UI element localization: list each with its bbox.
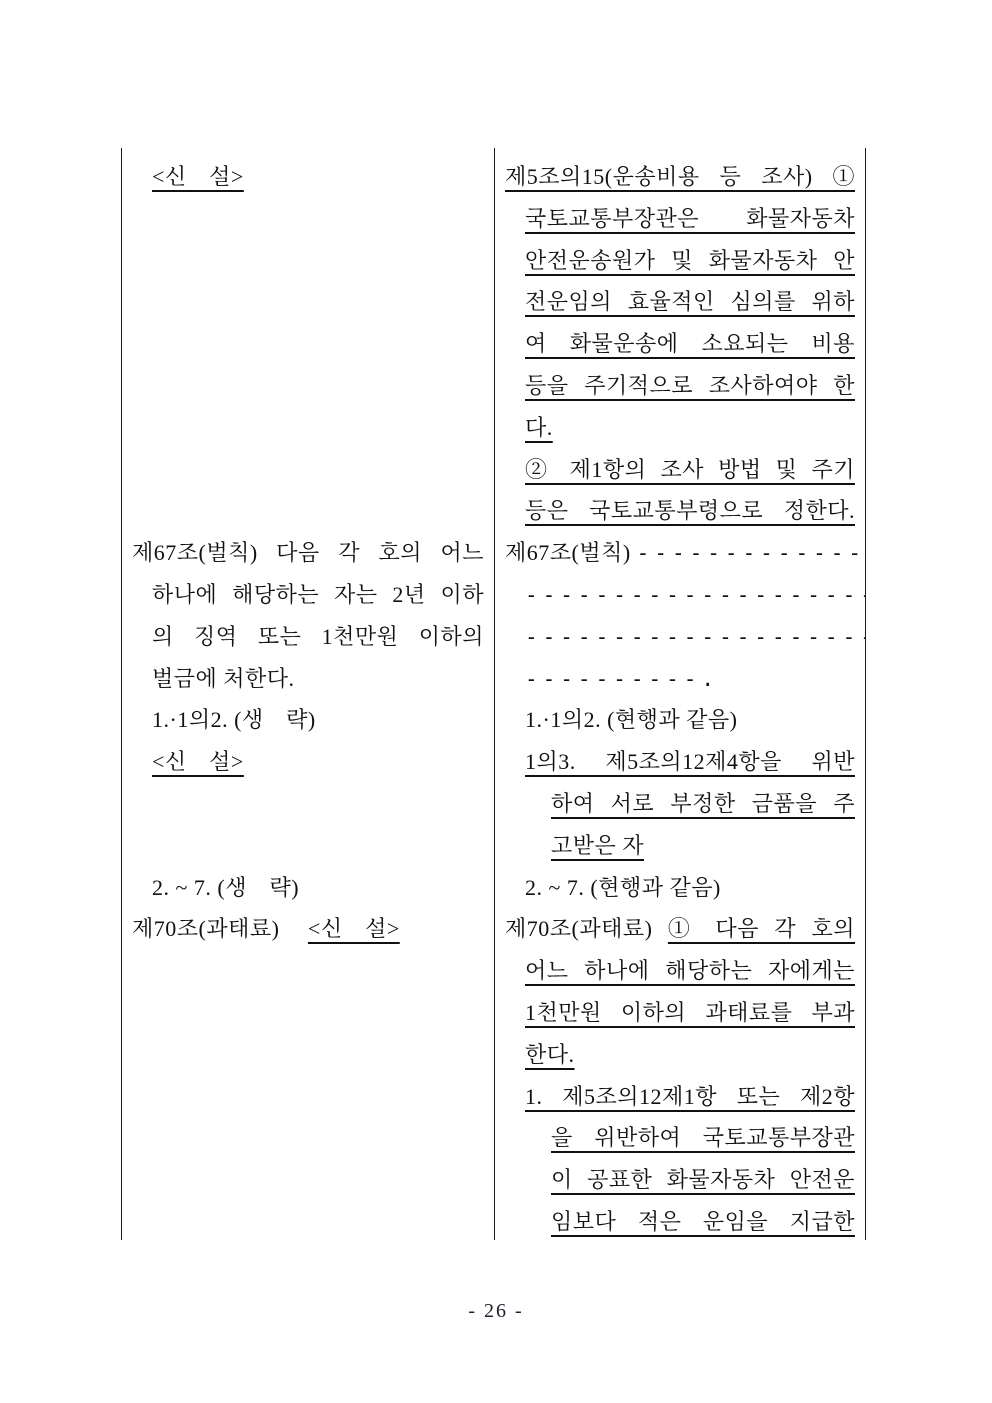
text-line: <신 설> [132, 741, 484, 783]
amended-law-column: 제5조의15(운송비용 등 조사) ①국토교통부장관은 화물자동차안전운송원가 … [495, 148, 865, 1240]
text-line [132, 365, 484, 407]
line-text: 등은 국토교통부령으로 정한다. [525, 498, 855, 523]
text-line: 의 징역 또는 1천만원 이하의 [132, 616, 484, 658]
line-text: 여 화물운송에 소요되는 비용 [525, 331, 855, 356]
text-line: <신 설> [132, 156, 484, 198]
text-line [132, 490, 484, 532]
text-line: 하여 서로 부정한 금품을 주 [505, 783, 855, 825]
text-line [132, 825, 484, 867]
line-text: <신 설> [308, 916, 400, 941]
line-prefix: 제70조(과태료) [505, 916, 668, 941]
text-line [132, 950, 484, 992]
page-number: - 26 - [0, 1300, 992, 1323]
text-line: 한다. [505, 1034, 855, 1076]
text-line: 등은 국토교통부령으로 정한다. [505, 490, 855, 532]
line-text: 1천만원 이하의 과태료를 부과 [525, 1000, 855, 1025]
text-line: 제70조(과태료) ① 다음 각 호의 [505, 908, 855, 950]
line-prefix: 제67조(벌칙) [505, 540, 637, 565]
text-line: --------------------------- [505, 616, 855, 658]
unchanged-dash-run: --------------------------- [525, 583, 865, 607]
line-text: 등을 주기적으로 조사하여야 한 [525, 373, 855, 398]
comparison-table: <신 설>제67조(벌칙) 다음 각 호의 어느하나에 해당하는 자는 2년 이… [121, 148, 866, 1240]
line-text: 하여 서로 부정한 금품을 주 [551, 791, 855, 816]
text-line [132, 407, 484, 449]
text-line: 2. ~ 7. (현행과 같음) [505, 867, 855, 909]
text-line: ----------. [505, 658, 855, 700]
text-line [132, 992, 484, 1034]
line-text: 2. ~ 7. (현행과 같음) [525, 875, 721, 900]
text-line [132, 198, 484, 240]
line-text: 의 징역 또는 1천만원 이하의 [152, 624, 484, 649]
line-prefix: 제70조(과태료) [132, 916, 308, 941]
line-text: 고받은 자 [551, 833, 644, 858]
text-line: 임보다 적은 운임을 지급한 [505, 1201, 855, 1240]
line-text: 제67조(벌칙) 다음 각 호의 어느 [132, 540, 484, 565]
line-text: 을 위반하여 국토교통부장관 [551, 1125, 855, 1150]
text-line: 을 위반하여 국토교통부장관 [505, 1117, 855, 1159]
text-line: 벌금에 처한다. [132, 658, 484, 700]
text-line [132, 783, 484, 825]
text-line: 전운임의 효율적인 심의를 위하 [505, 281, 855, 323]
text-line: 제70조(과태료) <신 설> [132, 908, 484, 950]
line-text: 1.·1의2. (생 략) [152, 707, 316, 732]
text-line: 국토교통부장관은 화물자동차 [505, 198, 855, 240]
document-page: <신 설>제67조(벌칙) 다음 각 호의 어느하나에 해당하는 자는 2년 이… [0, 0, 992, 1403]
line-text: 임보다 적은 운임을 지급한 [551, 1209, 855, 1234]
text-line: 여 화물운송에 소요되는 비용 [505, 323, 855, 365]
text-line [132, 1117, 484, 1159]
line-text: ① 다음 각 호의 [668, 916, 855, 941]
text-line: 어느 하나에 해당하는 자에게는 [505, 950, 855, 992]
line-text: 하나에 해당하는 자는 2년 이하 [152, 582, 484, 607]
line-text: ② 제1항의 조사 방법 및 주기 [525, 457, 855, 482]
text-line: 2. ~ 7. (생 략) [132, 867, 484, 909]
line-text: 1의3. 제5조의12제4항을 위반 [525, 749, 855, 774]
text-line: 1.·1의2. (생 략) [132, 699, 484, 741]
current-law-column: <신 설>제67조(벌칙) 다음 각 호의 어느하나에 해당하는 자는 2년 이… [122, 148, 495, 1240]
text-line: ② 제1항의 조사 방법 및 주기 [505, 449, 855, 491]
text-line: 1천만원 이하의 과태료를 부과 [505, 992, 855, 1034]
text-line: 하나에 해당하는 자는 2년 이하 [132, 574, 484, 616]
text-line: --------------------------- [505, 574, 855, 616]
line-text: <신 설> [152, 164, 244, 189]
text-line [132, 323, 484, 365]
text-line: 안전운송원가 및 화물자동차 안 [505, 240, 855, 282]
line-text: 어느 하나에 해당하는 자에게는 [525, 958, 855, 983]
line-text: 전운임의 효율적인 심의를 위하 [525, 289, 855, 314]
text-line [132, 281, 484, 323]
text-line [132, 1201, 484, 1240]
text-line [132, 1034, 484, 1076]
line-text: 한다. [525, 1042, 575, 1067]
text-line: 1의3. 제5조의12제4항을 위반 [505, 741, 855, 783]
text-line: 1. 제5조의12제1항 또는 제2항 [505, 1076, 855, 1118]
line-text: 이 공표한 화물자동차 안전운 [551, 1167, 855, 1192]
text-line: 제67조(벌칙) 다음 각 호의 어느 [132, 532, 484, 574]
text-line [132, 449, 484, 491]
text-line: 제5조의15(운송비용 등 조사) ① [505, 156, 855, 198]
text-line [132, 1076, 484, 1118]
line-text: 1.·1의2. (현행과 같음) [525, 707, 738, 732]
text-line: 등을 주기적으로 조사하여야 한 [505, 365, 855, 407]
line-text: 안전운송원가 및 화물자동차 안 [525, 248, 855, 273]
line-text: <신 설> [152, 749, 244, 774]
unchanged-dash-run: ----------. [525, 667, 719, 691]
unchanged-dash-run: ---------------- [637, 541, 865, 565]
line-text: 국토교통부장관은 화물자동차 [525, 206, 855, 231]
line-text: 제5조의15(운송비용 등 조사) ① [505, 164, 855, 189]
line-text: 다. [525, 415, 553, 440]
line-text: 벌금에 처한다. [152, 666, 295, 691]
text-line: 이 공표한 화물자동차 안전운 [505, 1159, 855, 1201]
text-line [132, 1159, 484, 1201]
text-line: 다. [505, 407, 855, 449]
unchanged-dash-run: --------------------------- [525, 625, 865, 649]
text-line: 제67조(벌칙) ---------------- [505, 532, 855, 574]
line-text: 1. 제5조의12제1항 또는 제2항 [525, 1084, 855, 1109]
text-line: 1.·1의2. (현행과 같음) [505, 699, 855, 741]
text-line: 고받은 자 [505, 825, 855, 867]
text-line [132, 240, 484, 282]
line-text: 2. ~ 7. (생 략) [152, 875, 299, 900]
